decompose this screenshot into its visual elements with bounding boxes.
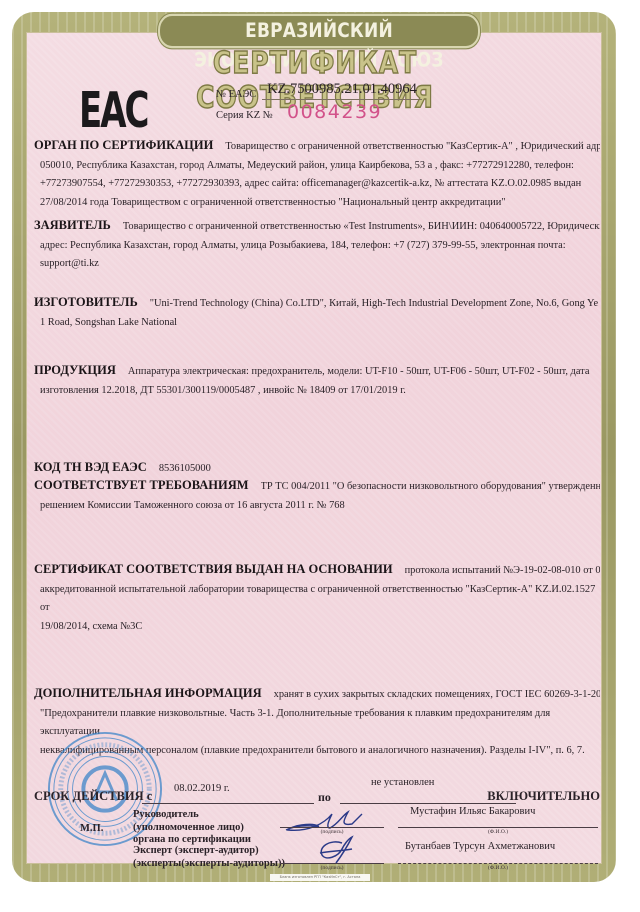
- section-heading: ДОПОЛНИТЕЛЬНАЯ ИНФОРМАЦИЯ: [34, 684, 262, 703]
- text-line: 1 Road, Songshan Lake National: [40, 314, 600, 333]
- text-line: (эксперты(эксперты-аудиторы)): [133, 858, 285, 871]
- section-manufacturer: ИЗГОТОВИТЕЛЬ "Uni-Trend Technology (Chin…: [34, 293, 600, 332]
- eaes-number-label: № ЕАЭС: [216, 89, 256, 100]
- section-applicant: ЗАЯВИТЕЛЬ Товарищество с ограниченной от…: [34, 216, 600, 274]
- section-product: ПРОДУКЦИЯ Аппаратура электрическая: пред…: [34, 361, 600, 400]
- text-line: support@ti.kz: [40, 255, 600, 274]
- expert-signatory-title: Эксперт (эксперт-аудитор)(эксперты(экспе…: [133, 845, 285, 870]
- section-heading: СООТВЕТСТВУЕТ ТРЕБОВАНИЯМ: [34, 476, 249, 495]
- section-conformity: СООТВЕТСТВУЕТ ТРЕБОВАНИЯМ ТР ТС 004/2011…: [34, 476, 600, 515]
- union-banner: ЕВРАЗИЙСКИЙ ЭКОНОМИЧЕСКИЙ СОЮЗ: [158, 14, 480, 49]
- section-heading: ПРОДУКЦИЯ: [34, 361, 116, 380]
- eaes-number-value: KZ.7500985.21.01.40964: [262, 81, 422, 100]
- expert-name: Бутанбаев Турсун Ахметжанович: [405, 841, 555, 852]
- section-heading: КОД ТН ВЭД ЕАЭС: [34, 458, 147, 477]
- stamp-place-label: М.П.: [80, 823, 103, 834]
- text-line: 27/08/2014 года Товариществом с ограниче…: [40, 194, 600, 213]
- head-name: Мустафин Ильяс Бакарович: [410, 806, 535, 817]
- series-number-label: Серия KZ №: [216, 110, 273, 121]
- section-text: "Uni-Trend Technology (China) Co.LTD", К…: [150, 295, 600, 314]
- text-line: адрес: Республика Казахстан, город Алмат…: [40, 237, 600, 256]
- section-text: Товарищество с ограниченной ответственно…: [225, 138, 600, 157]
- expert-name-caption: (Ф.И.О.): [398, 865, 598, 871]
- validity-label: СРОК ДЕЙСТВИЯ с: [34, 789, 152, 804]
- section-continuation: 050010, Республика Казахстан, город Алма…: [34, 157, 600, 213]
- validity-from-line: [142, 803, 314, 804]
- section-certification-body: ОРГАН ПО СЕРТИФИКАЦИИ Товарищество с огр…: [34, 136, 600, 212]
- validity-to-value: не установлен: [371, 777, 434, 788]
- text-line: +77273907554, +77272930353, +77272930393…: [40, 175, 600, 194]
- section-text: хранят в сухих закрытых складских помеще…: [274, 686, 600, 705]
- eac-logo-icon: EAC: [79, 82, 148, 140]
- text-line: решением Комиссии Таможенного союза от 1…: [40, 497, 600, 516]
- section-continuation: решением Комиссии Таможенного союза от 1…: [34, 497, 600, 516]
- section-text: Аппаратура электрическая: предохранитель…: [128, 363, 600, 382]
- series-number-value: 0084239: [287, 101, 382, 123]
- validity-inclusive-label: ВКЛЮЧИТЕЛЬНО: [487, 789, 600, 804]
- validity-from-value: 08.02.2019 г.: [174, 783, 230, 794]
- validity-period: СРОК ДЕЙСТВИЯ с 08.02.2019 г. по не уста…: [34, 785, 600, 807]
- text-line: (уполномоченное лицо): [133, 822, 251, 835]
- section-heading: ИЗГОТОВИТЕЛЬ: [34, 293, 138, 312]
- section-continuation: 1 Road, Songshan Lake National: [34, 314, 600, 333]
- expert-signature-line: [280, 863, 384, 864]
- section-heading: ОРГАН ПО СЕРТИФИКАЦИИ: [34, 136, 213, 155]
- head-name-line: [398, 827, 598, 828]
- expert-name-line: [398, 863, 598, 864]
- section-heading: СЕРТИФИКАТ СООТВЕТСТВИЯ ВЫДАН НА ОСНОВАН…: [34, 560, 393, 579]
- expert-signature-icon: [312, 835, 358, 865]
- head-signatory-title: Руководитель(уполномоченное лицо)органа …: [133, 809, 251, 847]
- section-continuation: изготовления 12.2018, ДТ 55301/300119/00…: [34, 382, 600, 401]
- section-text: Товарищество с ограниченной ответственно…: [123, 218, 600, 237]
- text-line: Руководитель: [133, 809, 251, 822]
- head-name-caption: (Ф.И.О.): [398, 829, 598, 835]
- text-line: аккредитованной испытательной лаборатори…: [40, 581, 600, 618]
- printer-note: Бланк изготовлен РГП "КазИнСт", г. Астан…: [270, 874, 370, 881]
- section-text: ТР ТС 004/2011 "О безопасности низковоль…: [261, 478, 600, 497]
- section-continuation: аккредитованной испытательной лаборатори…: [34, 581, 600, 637]
- text-line: Эксперт (эксперт-аудитор): [133, 845, 285, 858]
- text-line: изготовления 12.2018, ДТ 55301/300119/00…: [40, 382, 600, 401]
- head-signature-line: [280, 827, 384, 828]
- expert-signature-caption: (подпись): [280, 865, 384, 871]
- section-heading: ЗАЯВИТЕЛЬ: [34, 216, 111, 235]
- text-line: 19/08/2014, схема №3С: [40, 618, 600, 637]
- section-issue-basis: СЕРТИФИКАТ СООТВЕТСТВИЯ ВЫДАН НА ОСНОВАН…: [34, 560, 600, 636]
- section-continuation: адрес: Республика Казахстан, город Алмат…: [34, 237, 600, 274]
- validity-to-label: по: [318, 790, 331, 805]
- text-line: 050010, Республика Казахстан, город Алма…: [40, 157, 600, 176]
- section-text: протокола испытаний №Э-19-02-08-010 от 0…: [405, 562, 600, 581]
